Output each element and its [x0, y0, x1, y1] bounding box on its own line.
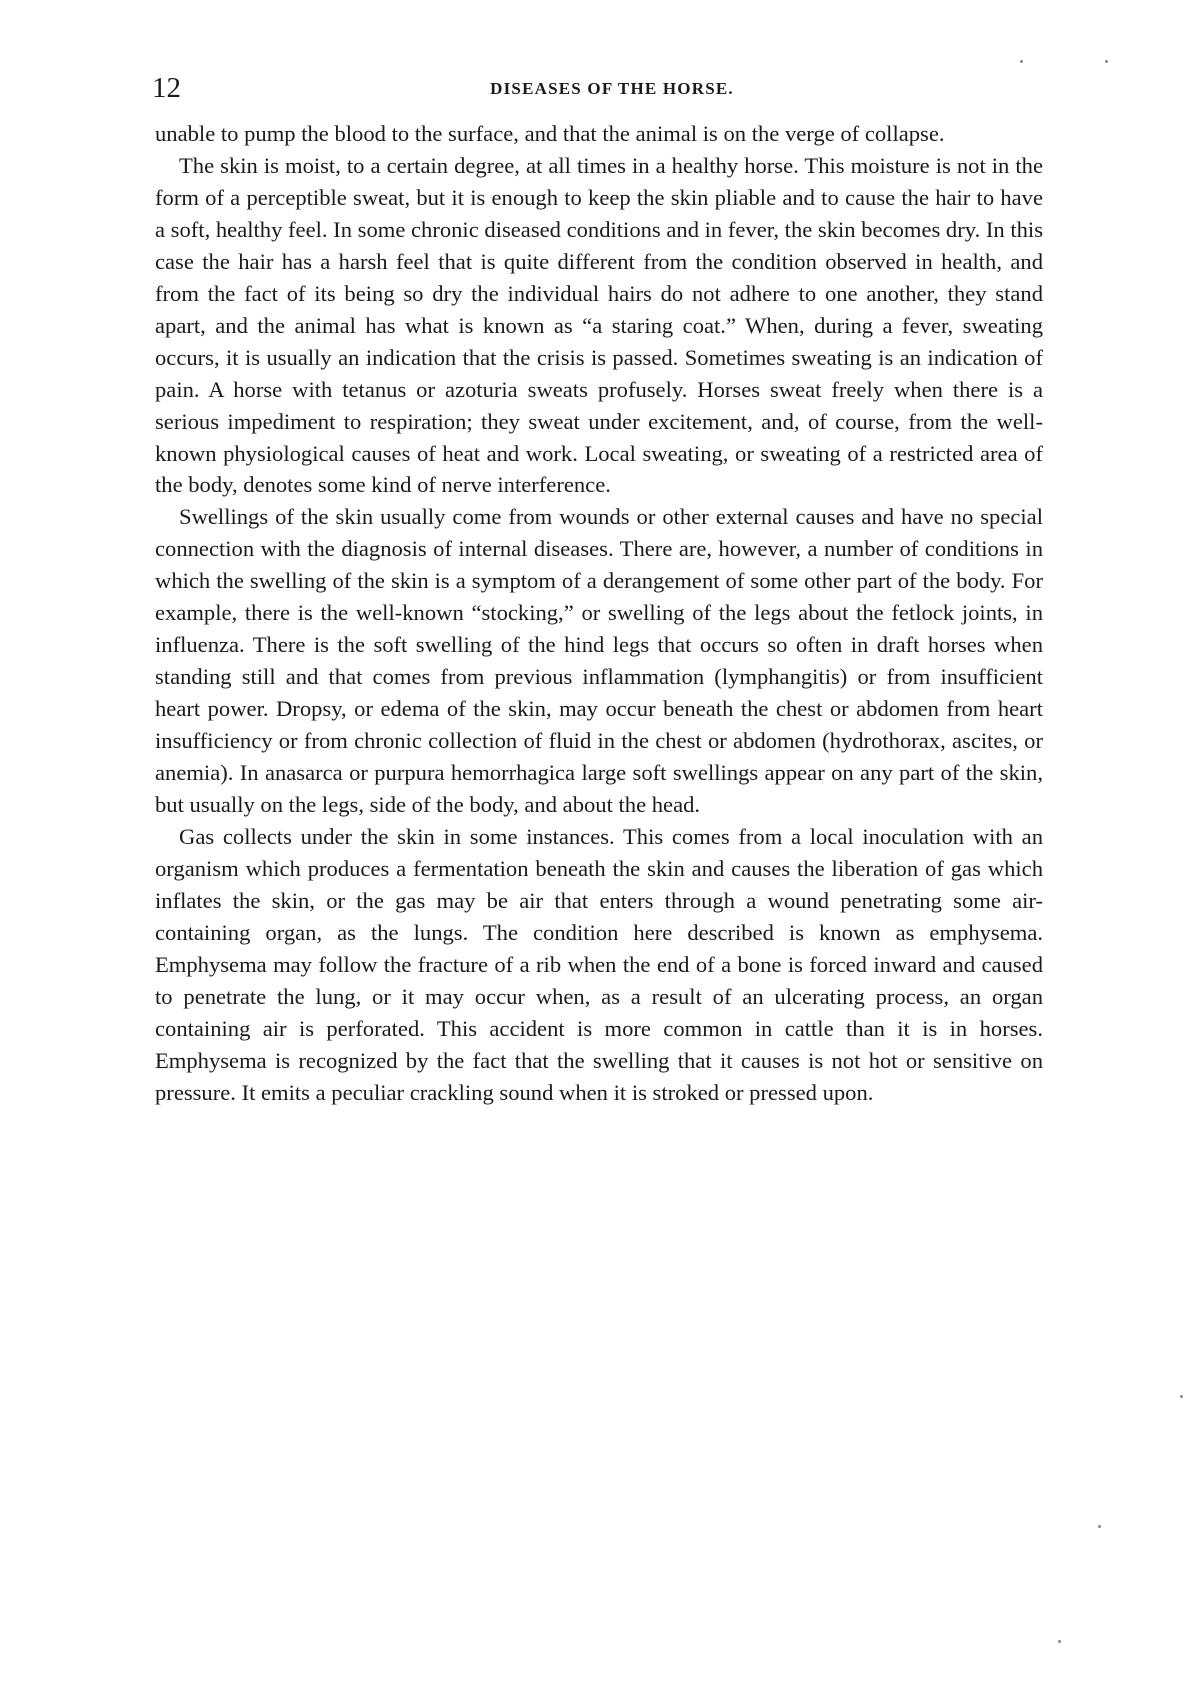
scan-speck	[1098, 1525, 1101, 1528]
scan-speck	[1105, 60, 1108, 63]
document-page: 12 DISEASES OF THE HORSE. unable to pump…	[0, 0, 1200, 1702]
paragraph-skin-swellings: Swellings of the skin usually come from …	[155, 501, 1043, 821]
scan-speck	[1180, 1395, 1183, 1398]
body-text: unable to pump the blood to the surface,…	[155, 118, 1043, 1109]
running-head: 12 DISEASES OF THE HORSE.	[152, 70, 1052, 110]
running-title: DISEASES OF THE HORSE.	[152, 74, 1052, 104]
scan-speck	[1058, 1640, 1061, 1643]
paragraph-continuation: unable to pump the blood to the surface,…	[155, 118, 1043, 150]
scan-speck	[1020, 60, 1023, 63]
paragraph-skin-moisture: The skin is moist, to a certain degree, …	[155, 150, 1043, 501]
paragraph-emphysema: Gas collects under the skin in some inst…	[155, 821, 1043, 1109]
